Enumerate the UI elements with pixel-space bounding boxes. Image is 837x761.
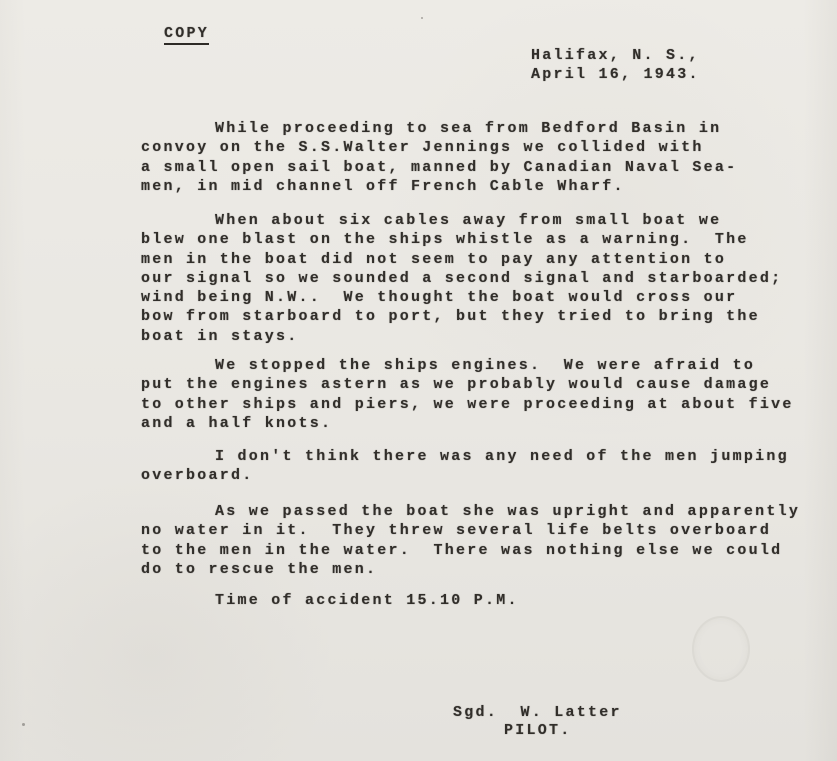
document-page: COPY Halifax, N. S., April 16, 1943. Whi… <box>0 0 837 761</box>
paragraph-collision: While proceeding to sea from Bedford Bas… <box>141 119 737 196</box>
faint-seal-mark <box>692 616 750 682</box>
paper-speck <box>22 723 25 726</box>
paragraph-men-jumping: I don't think there was any need of the … <box>141 447 789 486</box>
time-of-accident-line: Time of accident 15.10 P.M. <box>141 591 519 610</box>
dateline: Halifax, N. S., April 16, 1943. <box>531 46 700 85</box>
paragraph-engines-stopped: We stopped the ships engines. We were af… <box>141 356 794 433</box>
copy-label: COPY <box>164 24 209 45</box>
paper-speck <box>421 17 423 19</box>
paragraph-rescue: As we passed the boat she was upright an… <box>141 502 800 579</box>
paragraph-warning-signals: When about six cables away from small bo… <box>141 211 782 346</box>
signature-title: PILOT. <box>504 721 572 740</box>
signature-name: Sgd. W. Latter <box>453 703 622 722</box>
